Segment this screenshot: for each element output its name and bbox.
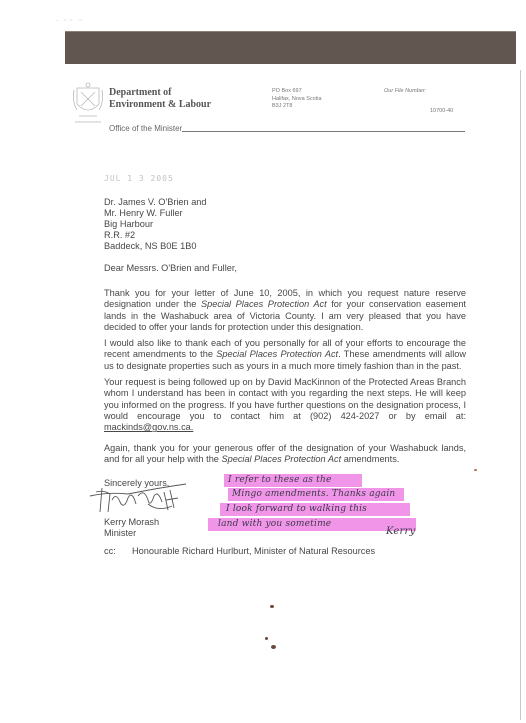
signature-scribble-icon xyxy=(88,482,188,518)
body-paragraph-2: I would also like to thank each of you p… xyxy=(104,338,466,372)
handwritten-note: I refer to these as the Mingo amendments… xyxy=(208,472,430,542)
email-link[interactable]: mackinds@gov.ns.ca. xyxy=(104,422,193,432)
note-line: land with you sometime xyxy=(218,519,331,529)
scan-speck xyxy=(271,645,276,649)
signer-title: Minister xyxy=(104,528,159,539)
act-name: Special Places Protection Act xyxy=(201,299,327,309)
recipient-line: Baddeck, NS B0E 1B0 xyxy=(104,241,207,252)
body-paragraph-1: Thank you for your letter of June 10, 20… xyxy=(104,288,466,333)
signer-block: Kerry Morash Minister xyxy=(104,517,159,539)
header-fax-bar xyxy=(65,31,516,64)
note-line: I refer to these as the xyxy=(228,475,332,485)
salutation: Dear Messrs. O'Brien and Fuller, xyxy=(104,263,237,273)
recipient-line: Mr. Henry W. Fuller xyxy=(104,208,207,219)
body-paragraph-4: Again, thank you for your generous offer… xyxy=(104,443,466,466)
address-line: PO Box 697 xyxy=(272,88,322,96)
recipient-address: Dr. James V. O'Brien and Mr. Henry W. Fu… xyxy=(104,197,207,252)
recipient-line: R.R. #2 xyxy=(104,230,207,241)
note-line: Mingo amendments. Thanks again xyxy=(232,489,395,499)
nova-scotia-crest-icon xyxy=(71,82,105,128)
office-label: Office of the Minister xyxy=(109,124,182,133)
address-line: B3J 2T8 xyxy=(272,103,322,111)
act-name: Special Places Protection Act xyxy=(221,454,341,464)
signer-name: Kerry Morash xyxy=(104,517,159,528)
scan-speck xyxy=(474,469,477,471)
department-line-2: Environment & Labour xyxy=(109,99,211,111)
cc-recipient: Honourable Richard Hurlburt, Minister of… xyxy=(132,546,375,556)
body-paragraph-3: Your request is being followed up on by … xyxy=(104,377,466,433)
office-rule xyxy=(182,131,465,132)
scan-speck xyxy=(265,637,268,640)
scan-artifact-mark: - ~~ ~ xyxy=(56,18,84,24)
address-line: Halifax, Nova Scotia xyxy=(272,96,322,104)
recipient-line: Dr. James V. O'Brien and xyxy=(104,197,207,208)
note-initials: Kerry xyxy=(386,526,415,537)
act-name: Special Places Protection Act xyxy=(216,349,338,359)
note-line: I look forward to walking this xyxy=(226,504,367,514)
cc-label: cc: xyxy=(104,546,132,556)
file-number-label: Our File Number: xyxy=(384,88,426,94)
department-address: PO Box 697 Halifax, Nova Scotia B3J 2T8 xyxy=(272,88,322,111)
scan-speck xyxy=(270,605,274,608)
department-name: Department of Environment & Labour xyxy=(109,87,211,111)
cc-line: cc:Honourable Richard Hurlburt, Minister… xyxy=(104,546,375,556)
date-stamp: JUL 1 3 2005 xyxy=(104,174,174,183)
page-edge-line xyxy=(520,70,521,720)
department-line-1: Department of xyxy=(109,87,211,99)
recipient-line: Big Harbour xyxy=(104,219,207,230)
file-number: 10700-40 xyxy=(430,108,453,114)
